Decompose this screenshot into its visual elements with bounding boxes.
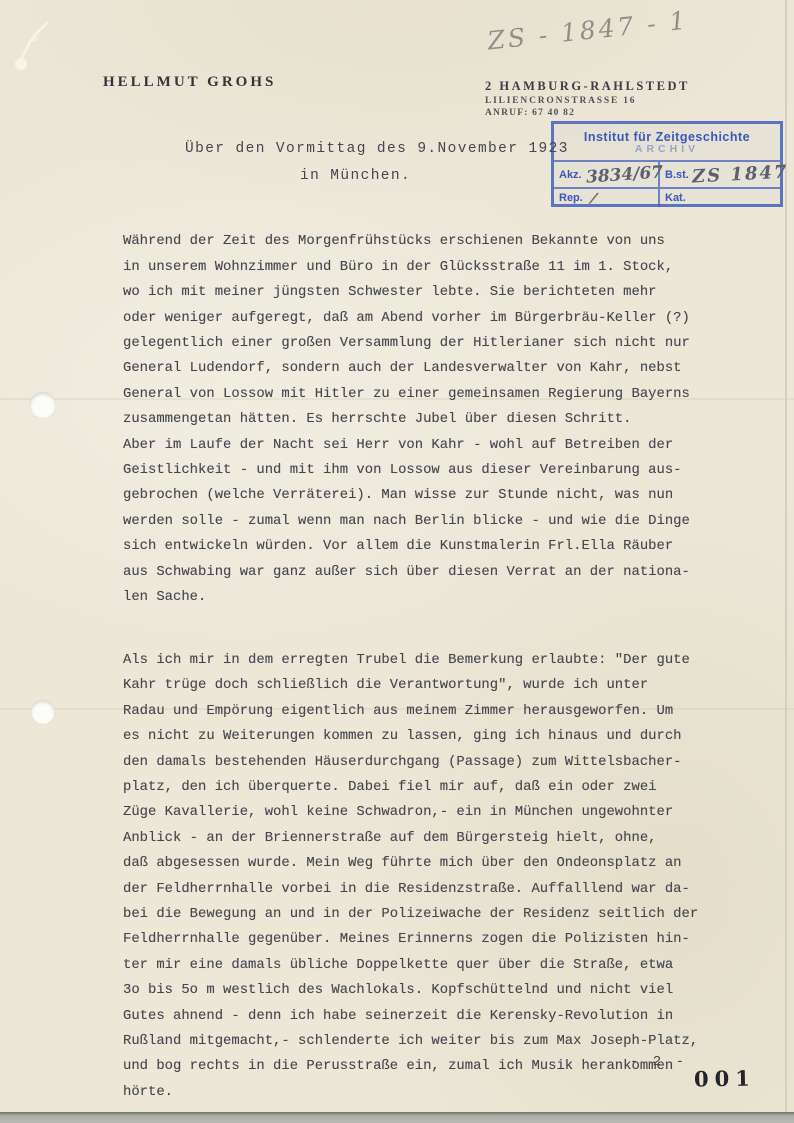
paragraph-1: Während der Zeit des Morgenfrühstücks er… — [123, 229, 743, 610]
akz-cell: Akz. 3834/67 — [554, 162, 660, 187]
paragraph-2: Als ich mir in dem erregten Trubel die B… — [123, 648, 743, 1105]
archive-stamp-row-1: Akz. 3834/67 B.st. ZS 1847 — [554, 162, 780, 189]
pencil-annotation: ZS - 1847 - 1 — [486, 6, 690, 56]
akz-label: Akz. — [559, 169, 582, 181]
kat-label: Kat. — [665, 192, 686, 204]
best-label: B.st. — [665, 169, 689, 181]
scratch-mark — [10, 12, 54, 74]
document-page: ZS - 1847 - 1 HELLMUT GROHS 2 HAMBURG-RA… — [0, 0, 794, 1112]
folio-number-stamp: 001 — [694, 1065, 756, 1091]
document-body: Während der Zeit des Morgenfrühstücks er… — [123, 204, 743, 1123]
document-title-line2: in München. — [300, 168, 411, 184]
best-cell: B.st. ZS 1847 — [660, 162, 788, 187]
punch-hole-top — [30, 392, 56, 418]
best-value: ZS 1847 — [691, 161, 788, 187]
page-number: - 2 - — [630, 1054, 687, 1070]
document-title-line1: Über den Vormittag des 9.November 1923 — [185, 141, 569, 157]
letterhead-city: 2 HAMBURG-RAHLSTEDT — [485, 79, 690, 94]
rep-label: Rep. — [559, 192, 583, 204]
archive-stamp-archiv: ARCHIV — [635, 143, 699, 155]
scan-edge — [0, 1112, 794, 1123]
akz-value: 3834/67 — [585, 162, 663, 187]
archive-stamp: Institut für Zeitgeschichte ARCHIV Akz. … — [551, 121, 783, 207]
letterhead-phone: ANRUF: 67 40 82 — [485, 108, 690, 118]
archive-stamp-header: Institut für Zeitgeschichte ARCHIV — [554, 124, 780, 162]
letterhead-author: HELLMUT GROHS — [103, 74, 276, 91]
archive-stamp-institute: Institut für Zeitgeschichte — [584, 130, 750, 144]
punch-hole-bottom — [31, 700, 55, 724]
letterhead-address: 2 HAMBURG-RAHLSTEDT LILIENCRONSTRASSE 16… — [485, 79, 690, 118]
letterhead-street: LILIENCRONSTRASSE 16 — [485, 96, 690, 106]
